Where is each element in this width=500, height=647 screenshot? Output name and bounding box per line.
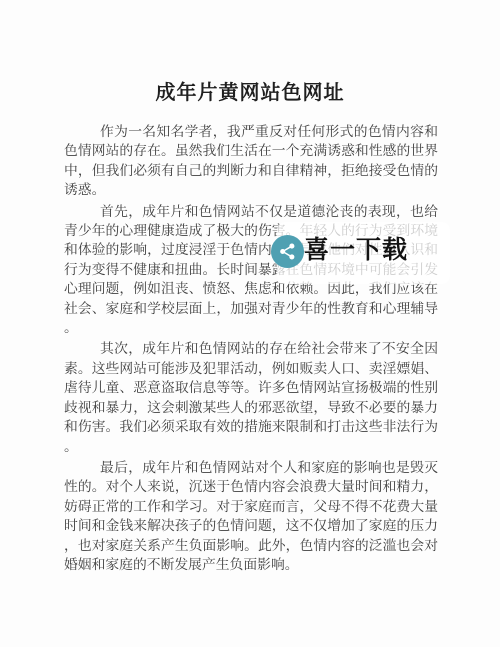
- paragraph-second-point: 其次，成年片和色情网站的存在给社会带来了不安全因素。这些网站可能涉及犯罪活动，例…: [64, 339, 438, 455]
- document-body: 作为一名知名学者，我严重反对任何形式的色情内容和色情网站的存在。虽然我们生活在一…: [64, 122, 438, 576]
- document-title: 成年片黄网站色网址: [0, 0, 500, 106]
- share-nodes-icon: [271, 235, 304, 268]
- paragraph-intro: 作为一名知名学者，我严重反对任何形式的色情内容和色情网站的存在。虽然我们生活在一…: [64, 122, 438, 200]
- paragraph-first-point: 首先，成年片和色情网站不仅是道德沦丧的表现，也给青少年的心理健康造成了极大的伤害…: [64, 202, 438, 338]
- paragraph-last-point: 最后，成年片和色情网站对个人和家庭的影响也是毁灭性的。对个人来说，沉迷于色情内容…: [64, 458, 438, 574]
- watermark-label: 喜一下载: [304, 236, 408, 264]
- document-page: 成年片黄网站色网址 作为一名知名学者，我严重反对任何形式的色情内容和色情网站的存…: [0, 0, 500, 647]
- watermark-badge: 喜一下载: [271, 231, 408, 268]
